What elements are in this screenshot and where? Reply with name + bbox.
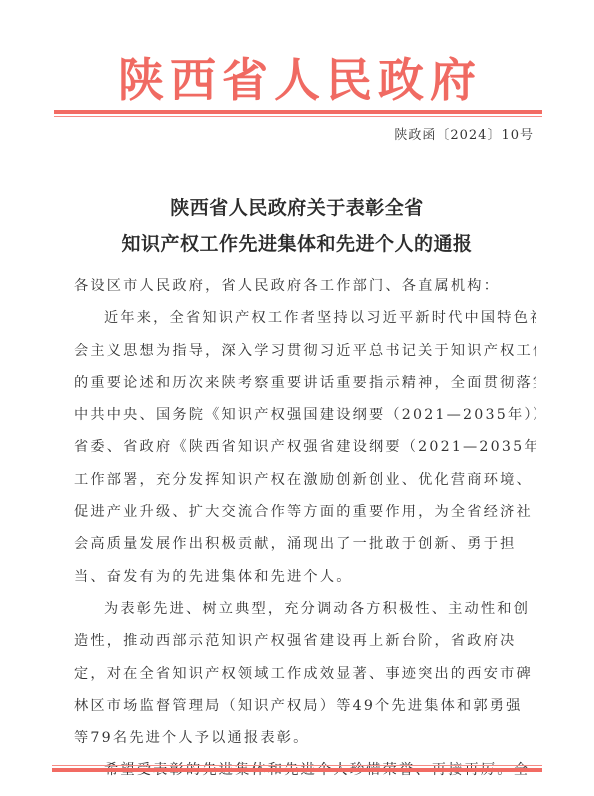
- paragraph-line: 造性，推动西部示范知识产权强省建设再上新台阶，省政府决: [74, 625, 536, 657]
- issuer-masthead: 陕西省人民政府: [90, 52, 510, 108]
- document-number: 陕政函〔2024〕10号: [394, 124, 534, 143]
- paragraph-line: 的重要论述和历次来陕考察重要讲话重要指示精神，全面贯彻落实: [74, 367, 536, 399]
- footer-rule-thin: [52, 765, 542, 766]
- paragraph-line: 等79名先进个人予以通报表彰。: [74, 722, 536, 754]
- document-body: 各设区市人民政府，省人民政府各工作部门、各直属机构： 近年来，全省知识产权工作者…: [74, 270, 536, 787]
- document-title-line-2: 知识产权工作先进集体和先进个人的通报: [0, 229, 594, 256]
- paragraph-line: 中共中央、国务院《知识产权强国建设纲要（2021—2035年）》和: [74, 399, 536, 431]
- paragraph-line: 促进产业升级、扩大交流合作等方面的重要作用，为全省经济社: [74, 496, 536, 528]
- document-title-line-1: 陕西省人民政府关于表彰全省: [0, 193, 594, 220]
- paragraph-line: 工作部署，充分发挥知识产权在激励创新创业、优化营商环境、: [74, 464, 536, 496]
- header-rule-thick: [54, 110, 542, 114]
- paragraph-line: 林区市场监督管理局（知识产权局）等49个先进集体和郭勇强: [74, 690, 536, 722]
- paragraph-line: 省委、省政府《陕西省知识产权强省建设纲要（2021—2035年）》: [74, 431, 536, 463]
- salutation: 各设区市人民政府，省人民政府各工作部门、各直属机构：: [74, 270, 536, 302]
- paragraph-line: 为表彰先进、树立典型，充分调动各方积极性、主动性和创: [74, 593, 536, 625]
- paragraph-line: 当、奋发有为的先进集体和先进个人。: [74, 561, 536, 593]
- paragraph-line: 会主义思想为指导，深入学习贯彻习近平总书记关于知识产权工作: [74, 335, 536, 367]
- paragraph-line: 定，对在全省知识产权领域工作成效显著、事迹突出的西安市碑: [74, 658, 536, 690]
- paragraph-line: 会高质量发展作出积极贡献，涌现出了一批敢于创新、勇于担: [74, 528, 536, 560]
- paragraph-line: 近年来，全省知识产权工作者坚持以习近平新时代中国特色社: [74, 302, 536, 334]
- footer-rule-thick: [52, 768, 542, 772]
- header-rule-thin: [54, 116, 542, 117]
